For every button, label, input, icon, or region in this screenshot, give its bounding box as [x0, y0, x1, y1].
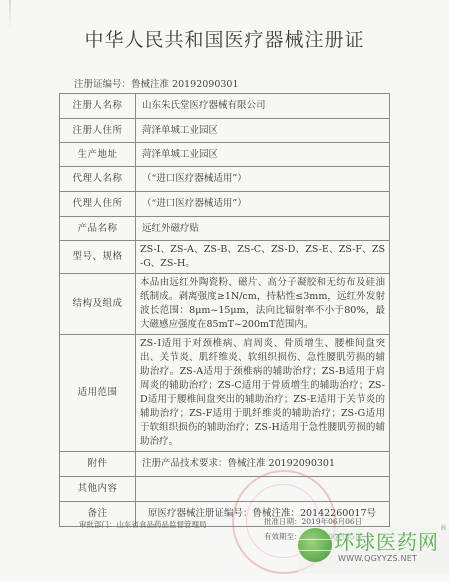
row-label: 型号、规格 [60, 241, 136, 274]
table-row: 代理人住所 （“进口医疗器械适用”） [60, 192, 390, 217]
certificate-title: 中华人民共和国医疗器械注册证 [0, 25, 449, 52]
table-row: 型号、规格 ZS-I、ZS-A、ZS-B、ZS-C、ZS-D、ZS-E、ZS-F… [60, 241, 390, 274]
row-label: 注册人名称 [60, 94, 136, 119]
row-value: 山东朱氏堂医疗器械有限公司 [136, 94, 390, 119]
row-value: 本品由远红外陶瓷粉、磁片、高分子凝胶和无纺布及硅油纸制成。剥离强度≥1N/cm，… [136, 274, 390, 335]
row-value: 注册产品技术要求：鲁械注准 20192090301 [136, 452, 390, 477]
row-label: 其他内容 [60, 477, 136, 502]
registered-mark-icon: ® [440, 524, 447, 532]
registration-number-label: 注册证编号： [74, 79, 131, 90]
approval-department-value: 山东省食品药品监督管理局 [117, 520, 207, 529]
table-row: 注册人住所 菏泽单城工业园区 [60, 119, 390, 143]
row-value: 远红外磁疗贴 [136, 217, 390, 241]
registration-number: 注册证编号：鲁械注准 20192090301 [74, 76, 239, 90]
table-row: 产品名称 远红外磁疗贴 [60, 217, 390, 241]
row-label: 附件 [60, 452, 136, 477]
approval-department-label: 审批部门： [79, 520, 117, 529]
row-label: 产品名称 [60, 217, 136, 241]
globe-logo-icon [298, 528, 332, 562]
table-row: 代理人名称 （“进口医疗器械适用”） [60, 167, 390, 192]
row-value: （“进口医疗器械适用”） [136, 192, 390, 217]
approval-date-label: 批准日期： [264, 517, 302, 526]
watermark-site-name: 环球医药网 [334, 526, 439, 555]
registration-number-value: 鲁械注准 20192090301 [131, 79, 239, 90]
row-value: ZS-I、ZS-A、ZS-B、ZS-C、ZS-D、ZS-E、ZS-F、ZS-G、… [136, 241, 390, 274]
row-label: 代理人住所 [60, 192, 136, 217]
approval-date-value: 2019年06月06日 [302, 517, 363, 526]
table-row: 注册人名称 山东朱氏堂医疗器械有限公司 [60, 94, 390, 119]
table-row: 适用范围 ZS-Ⅰ适用于对颈椎病、肩周炎、骨质增生、腰椎间盘突出、关节炎、肌纤维… [60, 335, 390, 452]
row-value [136, 477, 390, 502]
table-row: 其他内容 [60, 477, 390, 502]
row-label: 生产地址 [60, 143, 136, 167]
row-label: 适用范围 [60, 335, 136, 452]
row-value: 菏泽单城工业园区 [136, 119, 390, 143]
row-label: 代理人名称 [60, 167, 136, 192]
table-row: 生产地址 菏泽单城工业园区 [60, 143, 390, 167]
row-value: 菏泽单城工业园区 [136, 143, 390, 167]
certificate-table: 注册人名称 山东朱氏堂医疗器械有限公司 注册人住所 菏泽单城工业园区 生产地址 … [59, 93, 390, 527]
table-row: 结构及组成 本品由远红外陶瓷粉、磁片、高分子凝胶和无纺布及硅油纸制成。剥离强度≥… [60, 274, 390, 335]
site-watermark: 环球医药网 ® WWW.QGYYZS.NET [298, 528, 449, 573]
approval-department: 审批部门：山东省食品药品监督管理局 [79, 519, 207, 530]
valid-until-label: 有效期至： [264, 532, 302, 541]
row-label: 结构及组成 [60, 274, 136, 335]
row-value: （“进口医疗器械适用”） [136, 167, 390, 192]
watermark-url: WWW.QGYYZS.NET [338, 554, 417, 563]
row-value: ZS-Ⅰ适用于对颈椎病、肩周炎、骨质增生、腰椎间盘突出、关节炎、肌纤维炎、软组织… [136, 335, 390, 452]
table-row: 附件 注册产品技术要求：鲁械注准 20192090301 [60, 452, 390, 477]
row-label: 注册人住所 [60, 119, 136, 143]
